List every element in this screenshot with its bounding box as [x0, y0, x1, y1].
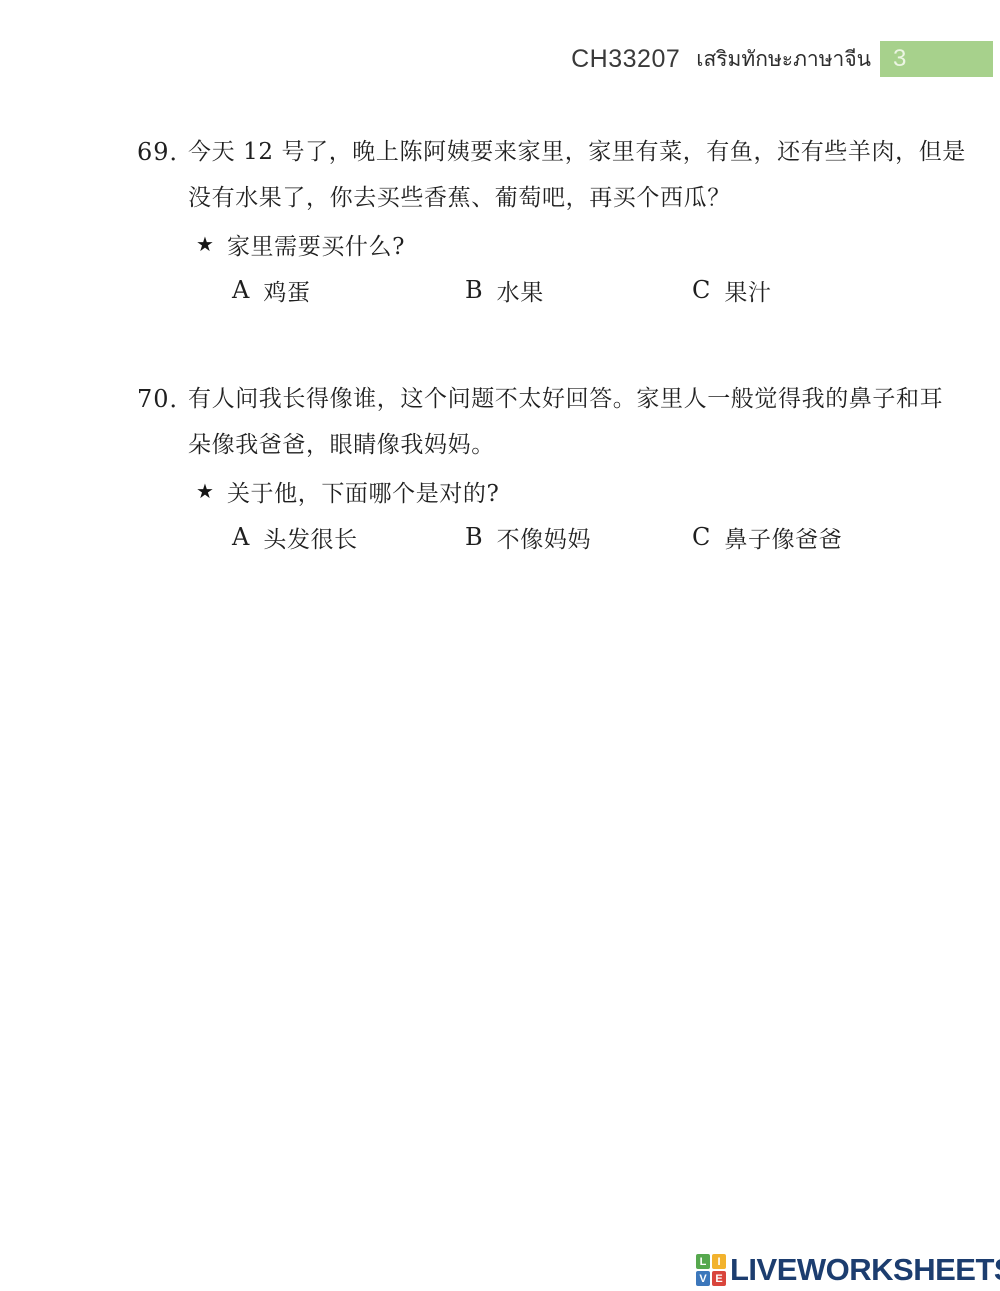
question-69-options: A 鸡蛋 B 水果 C 果汁 [137, 267, 952, 313]
option-text: 鸡蛋 [263, 274, 310, 307]
question-70-option-b[interactable]: B 不像妈妈 [465, 514, 591, 560]
question-69-prompt-row: ★ 家里需要买什么? [137, 221, 952, 267]
page-number: 3 [893, 45, 906, 73]
course-title: เสริมทักษะภาษาจีน [696, 43, 871, 76]
star-icon: ★ [196, 232, 214, 256]
option-label: B [465, 276, 483, 304]
option-text: 鼻子像爸爸 [724, 521, 842, 554]
star-icon: ★ [196, 479, 214, 503]
liveworksheets-wordmark: LIVEWORKSHEETS [730, 1252, 1000, 1288]
option-text: 不像妈妈 [497, 521, 591, 554]
question-69-option-b[interactable]: B 水果 [465, 267, 544, 313]
option-text: 果汁 [724, 274, 771, 307]
page-header: CH33207 เสริมทักษะภาษาจีน 3 [0, 41, 993, 77]
question-69-body: 69． 今天 12 号了，晚上陈阿姨要来家里，家里有菜，有鱼，还有些羊肉，但是 … [137, 129, 952, 221]
option-text: 水果 [497, 274, 544, 307]
logo-square-v: V [696, 1271, 710, 1286]
question-70-number: 70． [137, 376, 188, 468]
question-70: 70． 有人问我长得像谁，这个问题不太好回答。家里人一般觉得我的鼻子和耳 朵像我… [137, 376, 952, 560]
question-70-prompt-row: ★ 关于他，下面哪个是对的? [137, 468, 952, 514]
logo-square-e: E [712, 1271, 726, 1286]
logo-square-i: I [712, 1254, 726, 1269]
question-70-text: 有人问我长得像谁，这个问题不太好回答。家里人一般觉得我的鼻子和耳 朵像我爸爸，眼… [188, 376, 952, 468]
question-69-text: 今天 12 号了，晚上陈阿姨要来家里，家里有菜，有鱼，还有些羊肉，但是 没有水果… [188, 129, 966, 221]
question-70-line-2: 朵像我爸爸，眼睛像我妈妈。 [188, 422, 952, 468]
question-69-option-c[interactable]: C 果汁 [692, 267, 772, 313]
option-text: 头发很长 [263, 521, 357, 554]
question-69-option-a[interactable]: A 鸡蛋 [232, 267, 311, 313]
option-label: C [692, 276, 710, 304]
question-69-line-2: 没有水果了，你去买些香蕉、葡萄吧，再买个西瓜？ [188, 175, 966, 221]
logo-square-l: L [696, 1254, 710, 1269]
page-number-badge: 3 [880, 41, 993, 77]
question-70-line-1: 有人问我长得像谁，这个问题不太好回答。家里人一般觉得我的鼻子和耳 [188, 376, 952, 422]
liveworksheets-footer: L I V E LIVEWORKSHEETS [696, 1252, 1000, 1288]
question-70-body: 70． 有人问我长得像谁，这个问题不太好回答。家里人一般觉得我的鼻子和耳 朵像我… [137, 376, 952, 468]
question-70-option-a[interactable]: A 头发很长 [232, 514, 358, 560]
question-70-prompt: 关于他，下面哪个是对的? [227, 475, 500, 508]
worksheet-page: CH33207 เสริมทักษะภาษาจีน 3 69． 今天 12 号了… [0, 0, 1000, 1291]
option-label: A [232, 276, 249, 304]
course-code: CH33207 [571, 45, 680, 74]
question-69: 69． 今天 12 号了，晚上陈阿姨要来家里，家里有菜，有鱼，还有些羊肉，但是 … [137, 129, 952, 313]
liveworksheets-logo-icon: L I V E [696, 1254, 726, 1286]
option-label: A [232, 523, 249, 551]
question-69-line-1: 今天 12 号了，晚上陈阿姨要来家里，家里有菜，有鱼，还有些羊肉，但是 [188, 129, 966, 175]
option-label: B [465, 523, 483, 551]
question-69-prompt: 家里需要买什么? [227, 228, 405, 261]
question-70-options: A 头发很长 B 不像妈妈 C 鼻子像爸爸 [137, 514, 952, 560]
question-70-option-c[interactable]: C 鼻子像爸爸 [692, 514, 842, 560]
question-69-number: 69． [137, 129, 188, 221]
option-label: C [692, 523, 710, 551]
